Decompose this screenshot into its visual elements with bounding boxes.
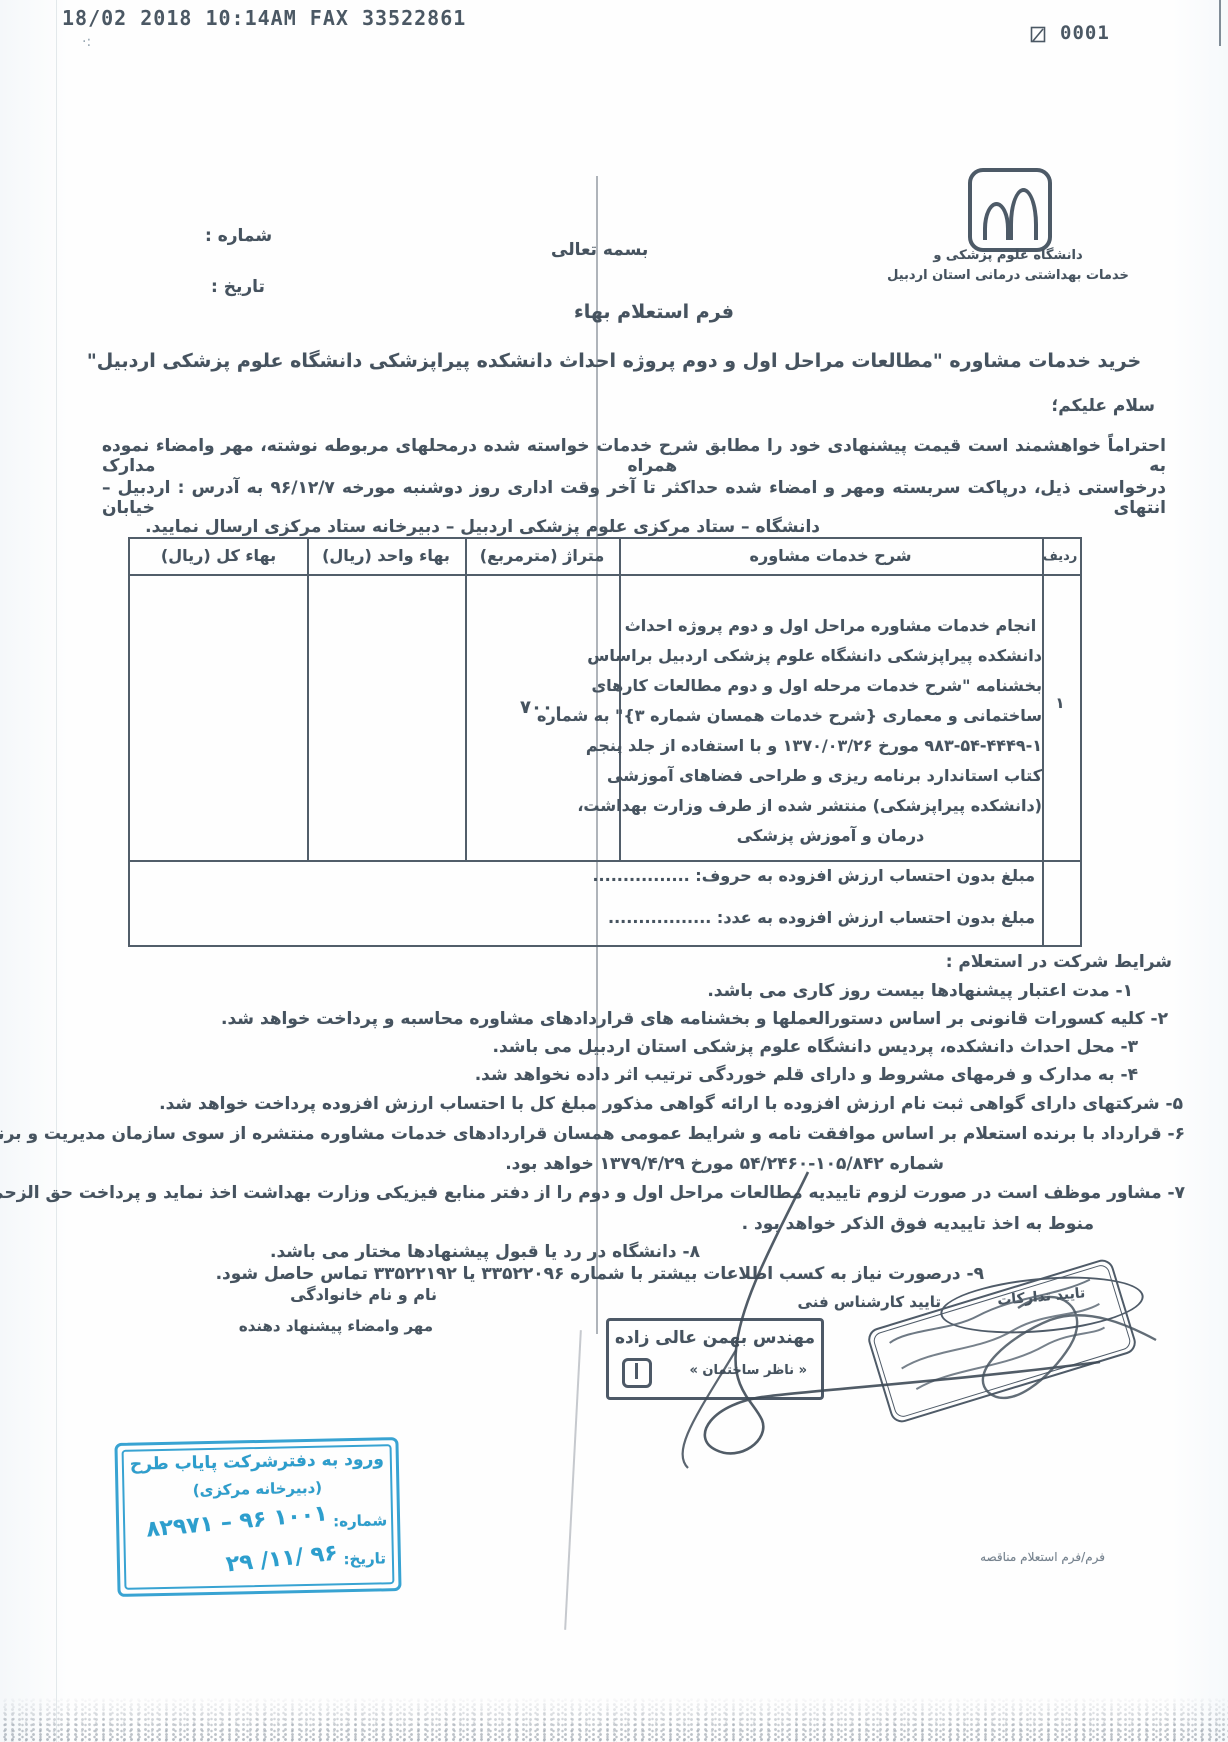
col-header-description: شرح خدمات مشاوره bbox=[619, 546, 1042, 565]
condition-item-1: ۱- مدت اعتبار پیشنهادها بیست روز کاری می… bbox=[707, 981, 1133, 1001]
proposer-name-label: نام و نام خانوادگی bbox=[290, 1285, 437, 1304]
service-description-cell: انجام خدمات مشاوره مراحل اول و دوم پروژه… bbox=[619, 611, 1042, 851]
scan-top-right-edge-line bbox=[1219, 0, 1221, 46]
logo-arch-left bbox=[983, 202, 1010, 240]
entry-stamp-number-label: شماره: bbox=[333, 1511, 387, 1530]
intro-line3: دانشگاه – ستاد مرکزی علوم پزشکی اردبیل –… bbox=[145, 517, 820, 537]
condition-item-3: ۳- محل احداث دانشکده، پردیس دانشگاه علوم… bbox=[492, 1037, 1138, 1057]
condition-item-6: ۶- قرارداد با برنده استعلام بر اساس مواف… bbox=[0, 1124, 1185, 1144]
document-page-icon bbox=[1030, 26, 1047, 44]
bismillah: بسمه تعالی bbox=[551, 240, 648, 260]
form-footer-note: فرم/فرم استعلام مناقصه bbox=[980, 1550, 1105, 1564]
description-line: (دانشکده پیراپزشکی) منتشر شده از طرف وزا… bbox=[619, 791, 1042, 821]
description-line: ساختمانی و معماری {شرح خدمات همسان شماره… bbox=[619, 701, 1042, 731]
table-header-line bbox=[130, 574, 1080, 576]
scan-left-edge-line bbox=[56, 0, 57, 1742]
subject-line: خرید خدمات مشاوره "مطالعات مراحل اول و د… bbox=[40, 350, 1188, 372]
condition-item-4: ۴- به مدارک و فرمهای مشروط و دارای قلم خ… bbox=[475, 1065, 1138, 1085]
date-label: تاریخ : bbox=[211, 277, 265, 297]
table-footer-line bbox=[130, 860, 1080, 862]
description-line: دانشکده پیراپزشکی دانشگاه علوم پزشکی ارد… bbox=[619, 641, 1042, 671]
scan-speck: ·: bbox=[82, 34, 91, 50]
description-line: ۹۸۳-۵۴-۴۴۴۹-۱ مورخ ۱۳۷۰/۰۳/۲۶ و با استفا… bbox=[619, 731, 1042, 761]
letterhead-org-line1: دانشگاه علوم پزشکی و bbox=[858, 248, 1158, 263]
area-value-cell: ۷۰۰۰ bbox=[465, 697, 619, 718]
description-line: بخشنامه "شرح خدمات مرحله اول و دوم مطالع… bbox=[619, 671, 1042, 701]
entry-stamp-date-row: تاریخ: ۹۶ /۱۱/ ۲۹ bbox=[226, 1544, 386, 1572]
letterhead-org-line2: خدمات بهداشتی درمانی استان اردبیل bbox=[858, 268, 1158, 283]
inquiry-table: بهاء کل (ریال) بهاء واحد (ریال) متراژ (م… bbox=[128, 537, 1082, 947]
row-index-cell: ۱ bbox=[1042, 694, 1078, 712]
description-line: انجام خدمات مشاوره مراحل اول و دوم پروژه… bbox=[619, 611, 1042, 641]
fax-page-number: 0001 bbox=[1060, 22, 1110, 44]
entry-stamp-date-label: تاریخ: bbox=[343, 1549, 386, 1568]
condition-item-5: ۵- شرکتهای دارای گواهی ثبت نام ارزش افزو… bbox=[159, 1094, 1183, 1114]
entry-stamp-number-row: شماره: ۱۰۰۱ ۹۶ – ۸۲۹۷۱ bbox=[146, 1506, 387, 1536]
condition-item-2: ۲- کلیه کسورات قانونی بر اساس دستورالعمل… bbox=[221, 1009, 1168, 1029]
signature-scribbles bbox=[540, 1150, 1180, 1500]
col-header-area: متراژ (مترمربع) bbox=[465, 546, 619, 565]
amount-in-digits-line: مبلغ بدون احتساب ارزش افزوده به عدد: ...… bbox=[608, 908, 1035, 927]
form-title: فرم استعلام بهاء bbox=[504, 301, 804, 323]
table-column-line bbox=[1042, 539, 1044, 945]
conditions-title: شرایط شرکت در استعلام : bbox=[946, 952, 1172, 972]
proposer-seal-label: مهر وامضاء پیشنهاد دهنده bbox=[239, 1317, 433, 1335]
scanned-fax-document: ·: 18/02 2018 10:14AM FAX 33522861 0001 … bbox=[0, 0, 1228, 1742]
university-logo-icon bbox=[968, 168, 1052, 252]
amount-in-words-line: مبلغ بدون احتساب ارزش افزوده به حروف: ..… bbox=[592, 866, 1035, 885]
col-header-unit-price: بهاء واحد (ریال) bbox=[307, 546, 465, 565]
fax-header-line: 18/02 2018 10:14AM FAX 33522861 bbox=[62, 6, 466, 30]
number-label: شماره : bbox=[205, 226, 272, 246]
col-header-row: ردیف bbox=[1042, 549, 1078, 564]
logo-arch-right bbox=[1009, 188, 1038, 240]
description-line: کتاب استاندارد برنامه ریزی و طراحی فضاها… bbox=[619, 761, 1042, 791]
table-column-line bbox=[307, 539, 309, 860]
col-header-total-price: بهاء کل (ریال) bbox=[130, 546, 307, 565]
scan-noise-band bbox=[0, 1696, 1228, 1742]
description-line: درمان و آموزش پزشکی bbox=[619, 821, 1042, 851]
company-entry-stamp: ورود به دفترشرکت پایاب طرح (دبیرخانه مرک… bbox=[114, 1437, 401, 1597]
intro-line2: درخواستی ذیل، درپاکت سربسته ومهر و امضاء… bbox=[102, 478, 1166, 518]
salutation: سلام علیکم؛ bbox=[1051, 396, 1155, 416]
intro-line1: احتراماً خواهشمند است قیمت پیشنهادی خود … bbox=[102, 436, 1166, 476]
